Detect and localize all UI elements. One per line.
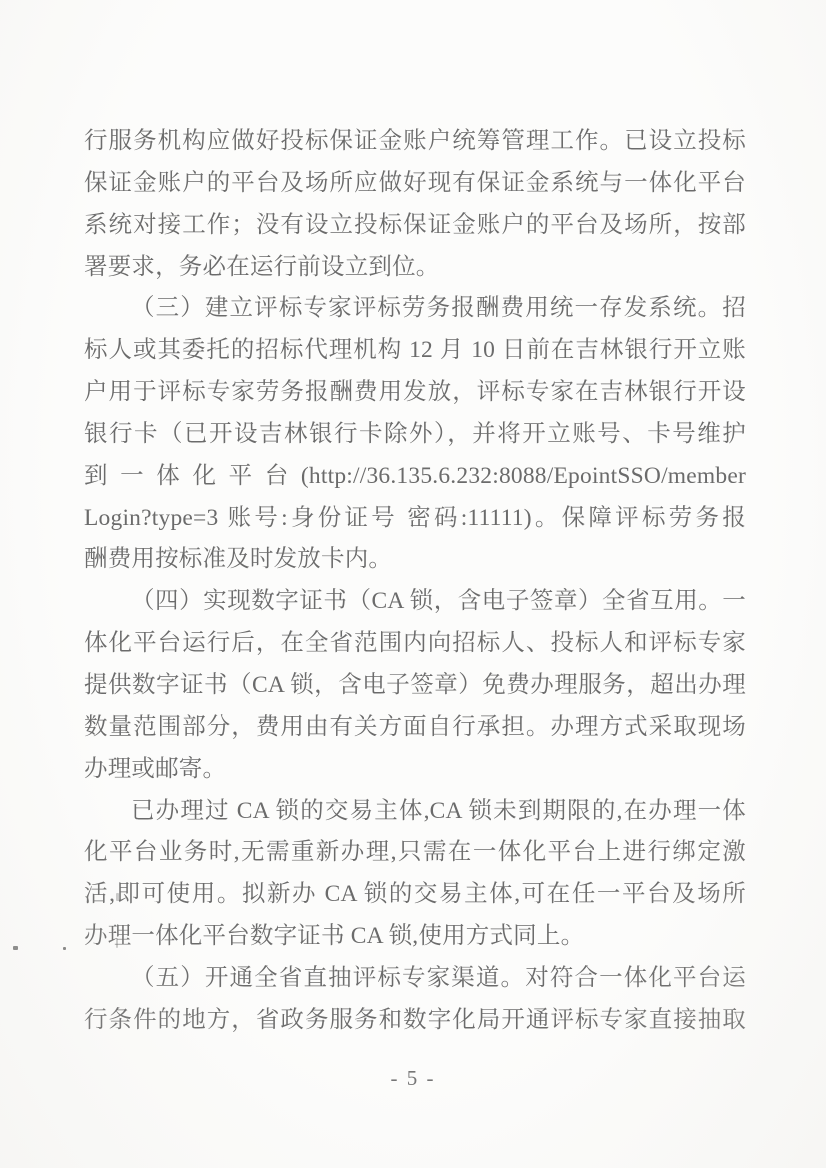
page-number: - 5 -: [0, 1066, 826, 1091]
scan-speck: [63, 947, 66, 950]
scanned-document-page: 行服务机构应做好投标保证金账户统筹管理工作。已设立投标保证金账户的平台及场所应做…: [0, 0, 826, 1168]
text-line: 办理一体化平台数字证书 CA 锁,使用方式同上。: [84, 916, 746, 958]
text-line: 行服务机构应做好投标保证金账户统筹管理工作。已设立投标: [84, 121, 746, 163]
text-line: （五）开通全省直抽评标专家渠道。对符合一体化平台运: [84, 958, 746, 1000]
text-line: 数量范围部分，费用由有关方面自行承担。办理方式采取现场: [84, 707, 746, 749]
text-line: 保证金账户的平台及场所应做好现有保证金系统与一体化平台: [84, 163, 746, 205]
text-line: Login?type=3 账号:身份证号 密码:11111)。保障评标劳务报: [84, 498, 746, 540]
text-line: 户用于评标专家劳务报酬费用发放，评标专家在吉林银行开设: [84, 372, 746, 414]
text-line: 已办理过 CA 锁的交易主体,CA 锁未到期限的,在办理一体: [84, 791, 746, 833]
text-line: 提供数字证书（CA 锁，含电子签章）免费办理服务，超出办理: [84, 665, 746, 707]
text-line: 到一体化平台(http://36.135.6.232:8088/EpointSS…: [84, 456, 746, 498]
text-line: 办理或邮寄。: [84, 749, 746, 791]
text-line: 活,即可使用。拟新办 CA 锁的交易主体,可在任一平台及场所: [84, 874, 746, 916]
document-text: 行服务机构应做好投标保证金账户统筹管理工作。已设立投标保证金账户的平台及场所应做…: [84, 121, 746, 1042]
text-line: 署要求，务必在运行前设立到位。: [84, 247, 746, 289]
text-line: 系统对接工作；没有设立投标保证金账户的平台及场所，按部: [84, 205, 746, 247]
text-line: 标人或其委托的招标代理机构 12 月 10 日前在吉林银行开立账: [84, 330, 746, 372]
scan-speck: [116, 893, 119, 901]
scan-speck: [116, 938, 118, 948]
text-line: （三）建立评标专家评标劳务报酬费用统一存发系统。招: [84, 288, 746, 330]
scan-speck: [13, 946, 18, 950]
text-line: 银行卡（已开设吉林银行卡除外），并将开立账号、卡号维护: [84, 414, 746, 456]
text-line: 行条件的地方，省政务服务和数字化局开通评标专家直接抽取: [84, 1000, 746, 1042]
text-line: 酬费用按标准及时发放卡内。: [84, 539, 746, 581]
text-line: 体化平台运行后，在全省范围内向招标人、投标人和评标专家: [84, 623, 746, 665]
text-line: 化平台业务时,无需重新办理,只需在一体化平台上进行绑定激: [84, 832, 746, 874]
text-line: （四）实现数字证书（CA 锁，含电子签章）全省互用。一: [84, 581, 746, 623]
